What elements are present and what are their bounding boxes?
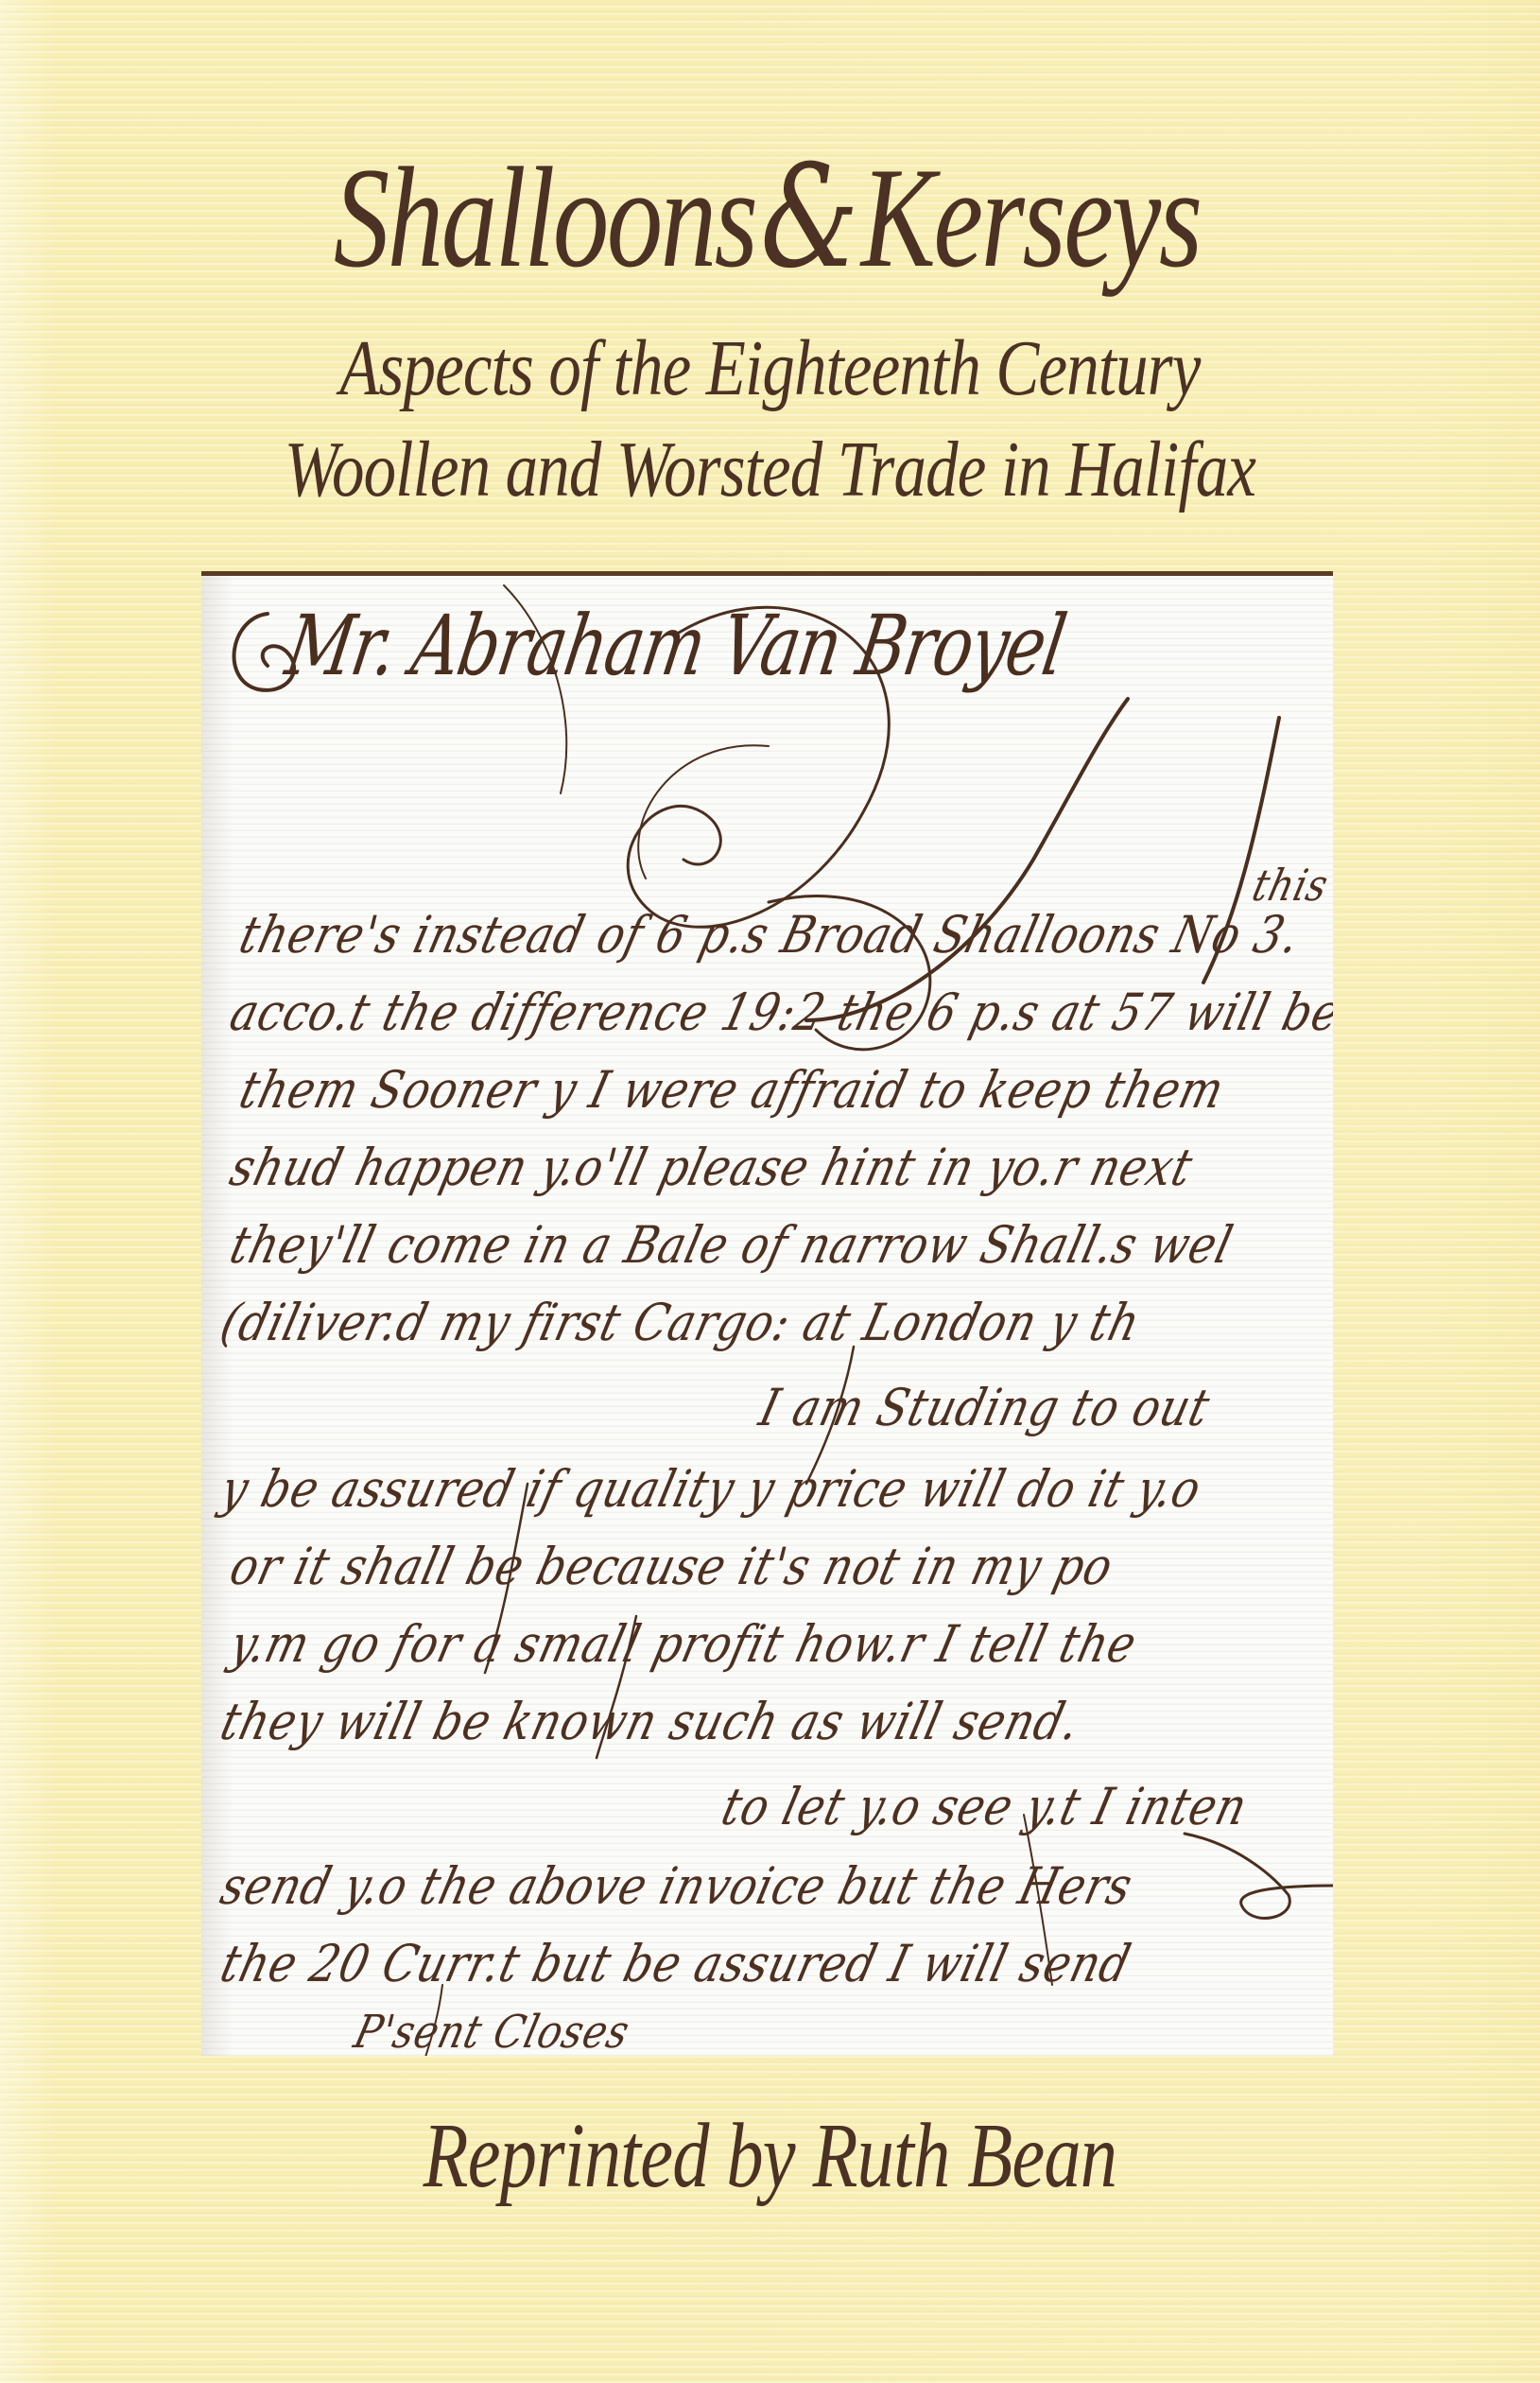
letter-line: or it shall be because it's not in my po <box>224 1537 1118 1596</box>
letter-line: shud happen y.o'll please hint in yo.r n… <box>224 1138 1199 1197</box>
subtitle-line-1: Aspects of the Eighteenth Century <box>139 326 1402 411</box>
letter-line: to let y.o see y.t I inten <box>716 1777 1253 1836</box>
title-part-kerseys: Kerseys <box>861 138 1201 297</box>
letter-line: they'll come in a Bale of narrow Shall.s… <box>224 1215 1238 1275</box>
letter-line: P'sent Closes <box>349 2006 634 2056</box>
book-cover: Shalloons&Kerseys Aspects of the Eightee… <box>0 0 1540 2383</box>
letter-line: acco.t the difference 19:2 the 6 p.s at … <box>224 983 1333 1042</box>
letter-line: I am Studing to out <box>753 1378 1216 1437</box>
letter-line: y be assured if quality y price will do … <box>215 1459 1207 1519</box>
letter-line: they will be known such as will send. <box>215 1692 1085 1751</box>
letter-line: the 20 Curr.t but be assured I will send <box>215 1934 1136 1993</box>
title-ampersand: & <box>756 135 861 300</box>
publisher-credit: Reprinted by Ruth Bean <box>154 2104 1386 2208</box>
manuscript-letter-image: Mr. Abraham Van Broyel this there's inst… <box>201 571 1333 2056</box>
letter-addressee: Mr. Abraham Van Broyel <box>280 597 1071 694</box>
letter-line: y.m go for a small profit how.r I tell t… <box>224 1614 1142 1674</box>
letter-line: this <box>1248 860 1333 911</box>
book-title: Shalloons&Kerseys <box>166 142 1368 293</box>
title-part-shalloons: Shalloons <box>334 138 756 297</box>
subtitle-line-2: Woollen and Worsted Trade in Halifax <box>139 427 1402 513</box>
letter-line: them Sooner y I were affraid to keep the… <box>234 1060 1230 1120</box>
letter-line: (diliver.d my first Cargo: at London y t… <box>215 1293 1146 1352</box>
letter-line: there's instead of 6 p.s Broad Shalloons… <box>234 905 1306 965</box>
letter-line: send y.o the above invoice but the Hers <box>215 1856 1138 1916</box>
